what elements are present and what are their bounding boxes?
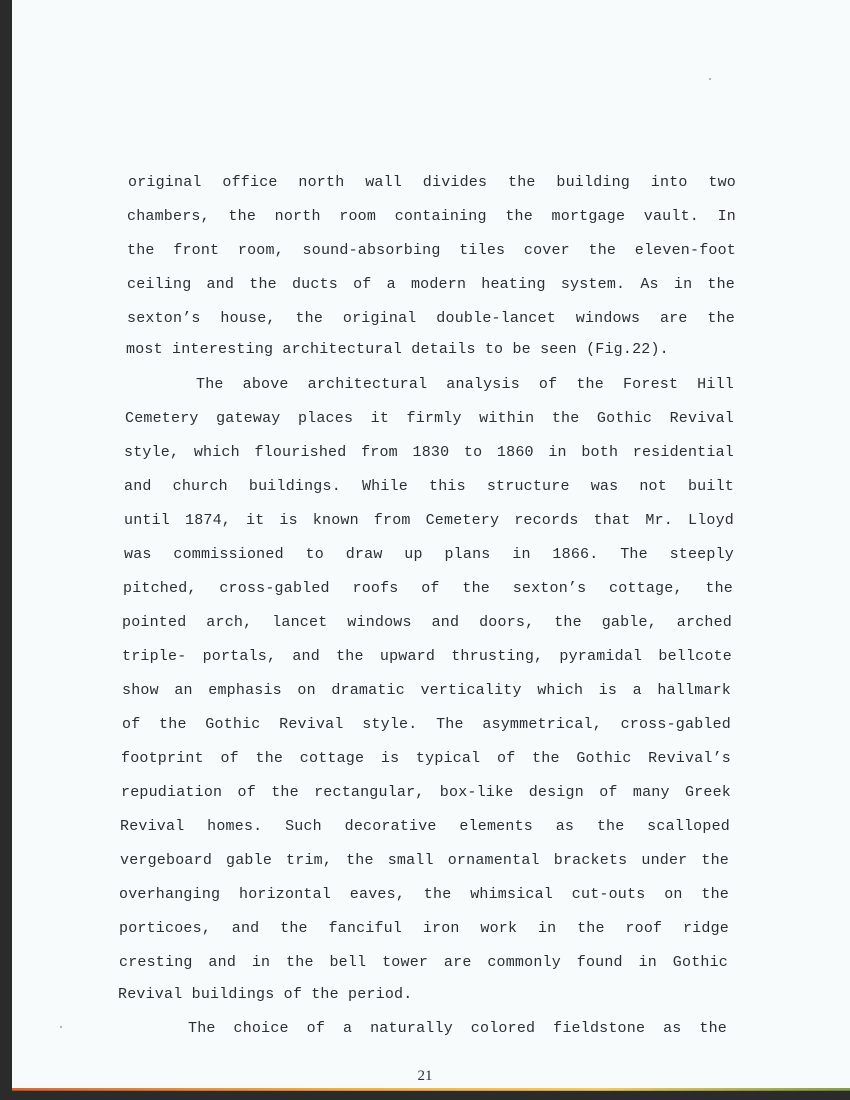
text-line: ceiling and the ducts of a modern heatin… bbox=[127, 276, 735, 294]
scan-speck bbox=[709, 78, 711, 80]
text-line: and church buildings. While this structu… bbox=[124, 478, 734, 496]
text-line: Cemetery gateway places it firmly within… bbox=[125, 410, 734, 428]
text-line: most interesting architectural details t… bbox=[126, 341, 669, 359]
text-line: Revival homes. Such decorative elements … bbox=[120, 818, 730, 836]
text-line: was commissioned to draw up plans in 186… bbox=[124, 546, 734, 564]
text-line: sexton’s house, the original double-lanc… bbox=[127, 310, 735, 328]
text-line: show an emphasis on dramatic verticality… bbox=[122, 682, 731, 700]
text-line: repudiation of the rectangular, box-like… bbox=[121, 784, 731, 802]
text-line: until 1874, it is known from Cemetery re… bbox=[124, 512, 734, 530]
text-line: footprint of the cottage is typical of t… bbox=[121, 750, 731, 768]
text-line: original office north wall divides the b… bbox=[128, 174, 736, 192]
text-line: overhanging horizontal eaves, the whimsi… bbox=[119, 886, 729, 904]
paragraph-start: The choice of a naturally colored fields… bbox=[188, 1020, 727, 1038]
text-line: Revival buildings of the period. bbox=[118, 986, 412, 1004]
text-line: vergeboard gable trim, the small ornamen… bbox=[120, 852, 729, 870]
scan-speck bbox=[60, 1026, 62, 1028]
text-line: cresting and in the bell tower are commo… bbox=[119, 954, 728, 972]
text-line: porticoes, and the fanciful iron work in… bbox=[119, 920, 729, 938]
text-line: the front room, sound-absorbing tiles co… bbox=[127, 242, 736, 260]
paragraph-start: The above architectural analysis of the … bbox=[196, 376, 734, 394]
text-line: chambers, the north room containing the … bbox=[127, 208, 736, 226]
text-line: pointed arch, lancet windows and doors, … bbox=[122, 614, 732, 632]
scan-edge bbox=[12, 1088, 850, 1091]
text-line: triple- portals, and the upward thrustin… bbox=[122, 648, 732, 666]
text-line: of the Gothic Revival style. The asymmet… bbox=[122, 716, 731, 734]
page-number: 21 bbox=[0, 1068, 850, 1085]
text-line: pitched, cross-gabled roofs of the sexto… bbox=[123, 580, 733, 598]
text-line: style, which flourished from 1830 to 186… bbox=[124, 444, 734, 462]
